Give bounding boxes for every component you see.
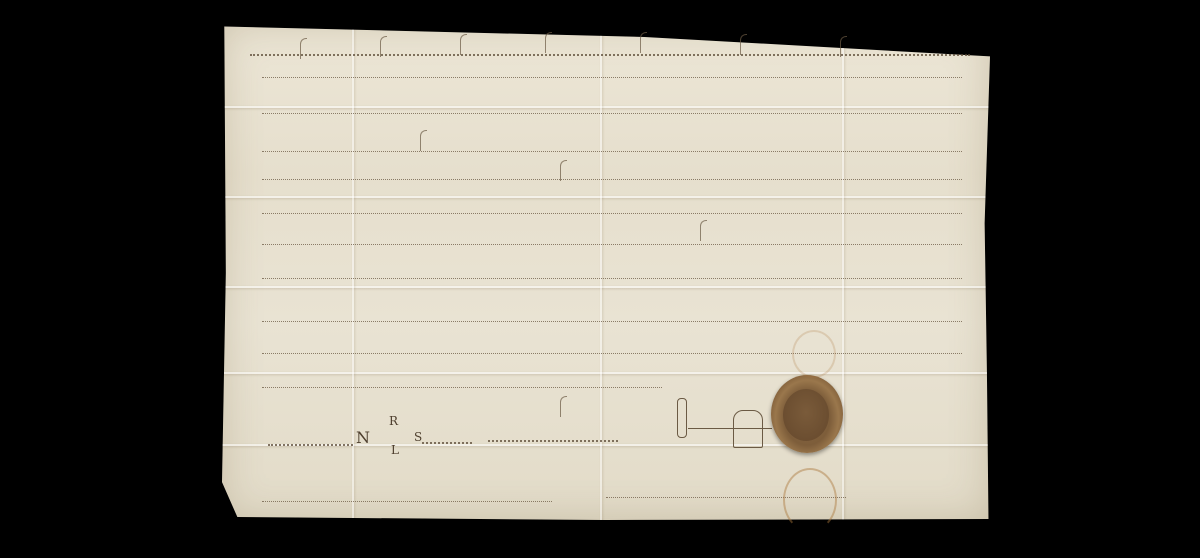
monogram-letter-bottom: L [391, 443, 399, 457]
script-line [262, 176, 962, 180]
fold-line [222, 286, 990, 288]
script-line-elongated [250, 46, 970, 56]
ascender-stroke [300, 38, 307, 59]
ascender-stroke [420, 130, 427, 151]
parchment-document [222, 24, 990, 522]
script-line [262, 318, 962, 322]
wax-seal [771, 375, 843, 453]
fold-line [842, 24, 844, 522]
script-line [262, 148, 962, 152]
monogram-letter-left: N [356, 428, 370, 447]
signature-line [268, 436, 353, 446]
recognition-sign [733, 410, 763, 448]
signature-line [422, 434, 472, 444]
ascender-stroke [560, 160, 567, 181]
monogram-letter-right: S [414, 430, 422, 444]
ascender-stroke [740, 34, 747, 55]
water-stain [783, 468, 837, 532]
script-line [262, 210, 962, 214]
fold-line [222, 196, 990, 198]
fold-line [222, 372, 990, 374]
ascender-stroke [460, 34, 467, 55]
chrismon-mark [677, 398, 687, 438]
water-stain [792, 330, 836, 378]
script-line [262, 110, 962, 114]
ascender-stroke [545, 32, 552, 53]
seal-impression [783, 389, 829, 441]
script-line [262, 350, 962, 354]
ascender-stroke [640, 32, 647, 53]
fold-line [222, 106, 990, 108]
ascender-stroke [840, 36, 847, 57]
ascender-stroke [380, 36, 387, 57]
ascender-stroke [700, 220, 707, 241]
script-line [262, 384, 662, 388]
signature-line [488, 432, 618, 442]
script-line [262, 275, 962, 279]
ascender-stroke [560, 396, 567, 417]
dating-line [262, 498, 552, 502]
monogram-letter-top: R [389, 414, 398, 428]
script-line [262, 74, 962, 78]
fold-line [352, 24, 354, 522]
script-line [262, 241, 962, 245]
fold-line [600, 24, 602, 522]
